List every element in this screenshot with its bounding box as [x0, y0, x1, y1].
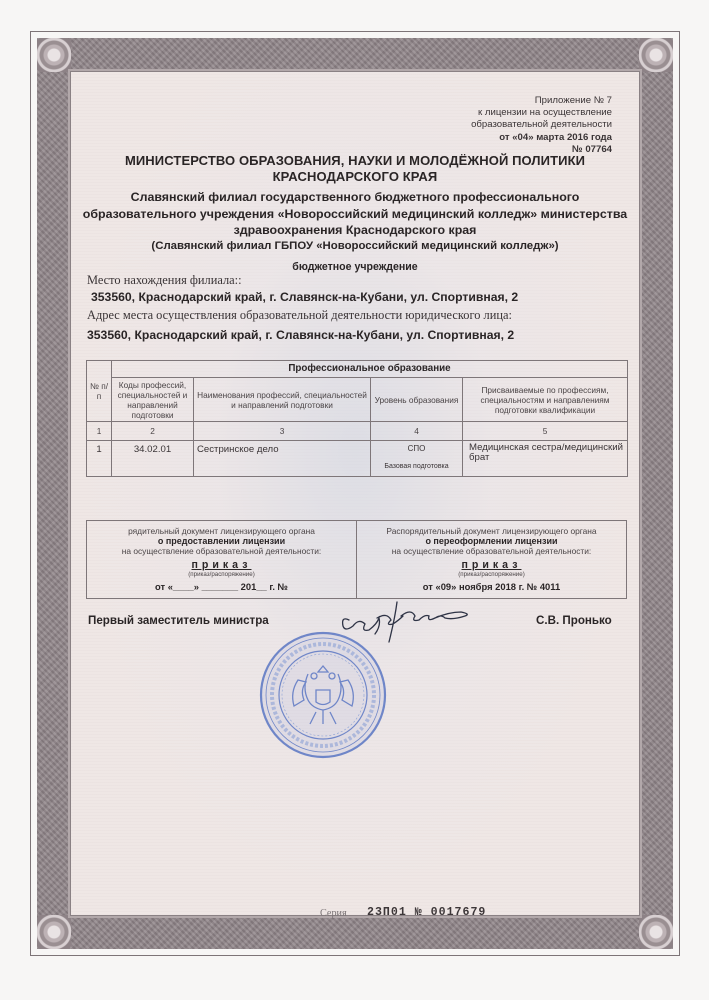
branch-address: 353560, Краснодарский край, г. Славянск-… — [91, 290, 518, 304]
header-name: Наименования профессий, специальностей и… — [194, 378, 371, 422]
activity-address-label: Адрес места осуществления образовательно… — [87, 308, 512, 323]
doc-type: приказ — [462, 560, 522, 570]
branch-location-label: Место нахождения филиала:: — [87, 273, 242, 288]
column-number: 4 — [371, 422, 463, 441]
header-num: № п/п — [87, 361, 112, 422]
appendix-date: от «04» марта 2016 года — [471, 132, 612, 144]
org-type: бюджетное учреждение — [71, 261, 639, 273]
level-sub: Базовая подготовка — [374, 462, 459, 472]
header-level: Уровень образования — [371, 378, 463, 422]
doc-line: Распорядительный документ лицензирующего… — [357, 526, 626, 536]
column-number: 3 — [194, 422, 371, 441]
column-number: 5 — [463, 422, 628, 441]
branch-line: Славянский филиал государственного бюдже… — [71, 189, 639, 206]
programs-table: № п/п Профессиональное образование Коды … — [86, 360, 628, 477]
ministry-line: МИНИСТЕРСТВО ОБРАЗОВАНИЯ, НАУКИ И МОЛОДЁ… — [71, 153, 639, 169]
branch-line: образовательного учреждения «Новороссийс… — [71, 206, 639, 223]
corner-ornament-icon — [639, 38, 673, 72]
corner-ornament-icon — [37, 38, 71, 72]
row-name: Сестринское дело — [194, 441, 371, 477]
branch-line: здравоохранения Краснодарского края — [71, 222, 639, 239]
ministry-line: КРАСНОДАРСКОГО КРАЯ — [71, 169, 639, 185]
column-number: 2 — [112, 422, 194, 441]
signer-name: С.В. Пронько — [536, 614, 612, 627]
column-number: 1 — [87, 422, 112, 441]
level-value: СПО — [408, 444, 426, 453]
ministry-title: МИНИСТЕРСТВО ОБРАЗОВАНИЯ, НАУКИ И МОЛОДЁ… — [71, 153, 639, 185]
grant-document: рядительный документ лицензирующего орга… — [87, 521, 356, 598]
row-num: 1 — [87, 441, 112, 477]
doc-line: на осуществление образовательной деятель… — [87, 546, 356, 556]
doc-line: на осуществление образовательной деятель… — [357, 546, 626, 556]
row-code: 34.02.01 — [112, 441, 194, 477]
doc-line: рядительный документ лицензирующего орга… — [87, 526, 356, 536]
appendix-line: образовательной деятельности — [471, 119, 612, 131]
reissue-document: Распорядительный документ лицензирующего… — [356, 521, 626, 598]
form-serial-number: 23П01 № 0017679 — [367, 906, 486, 919]
branch-full-name: Славянский филиал государственного бюдже… — [71, 189, 639, 239]
doc-subject: о переоформлении лицензии — [357, 536, 626, 546]
series-label: Серия — [320, 908, 347, 919]
signer-position: Первый заместитель министра — [88, 614, 269, 627]
doc-type: приказ — [192, 560, 252, 570]
table-row: 1 34.02.01 Сестринское дело СПО Базовая … — [87, 441, 628, 477]
doc-type-hint: (приказ/распоряжение) — [87, 570, 356, 579]
activity-address: 353560, Краснодарский край, г. Славянск-… — [87, 328, 514, 342]
appendix-block: Приложение № 7 к лицензии на осуществлен… — [471, 95, 612, 156]
doc-date: от «____» _______ 201__ г. № — [87, 582, 356, 592]
header-code: Коды профессий, специальностей и направл… — [112, 378, 194, 422]
license-documents: рядительный документ лицензирующего орга… — [86, 520, 627, 599]
appendix-title: Приложение № 7 — [471, 95, 612, 107]
header-qualification: Присваиваемые по профессиям, специальнос… — [463, 378, 628, 422]
doc-date: от «09» ноября 2018 г. № 4011 — [357, 582, 626, 592]
doc-type-hint: (приказ/распоряжение) — [357, 570, 626, 579]
corner-ornament-icon — [639, 915, 673, 949]
doc-subject: о предоставлении лицензии — [87, 536, 356, 546]
row-qualification: Медицинская сестра/медицинский брат — [463, 441, 628, 477]
table-group-title: Профессиональное образование — [112, 361, 628, 378]
row-level: СПО Базовая подготовка — [371, 441, 463, 477]
branch-short-name: (Славянский филиал ГБПОУ «Новороссийский… — [71, 240, 639, 252]
corner-ornament-icon — [37, 915, 71, 949]
appendix-line: к лицензии на осуществление — [471, 107, 612, 119]
signature-icon — [335, 598, 475, 653]
